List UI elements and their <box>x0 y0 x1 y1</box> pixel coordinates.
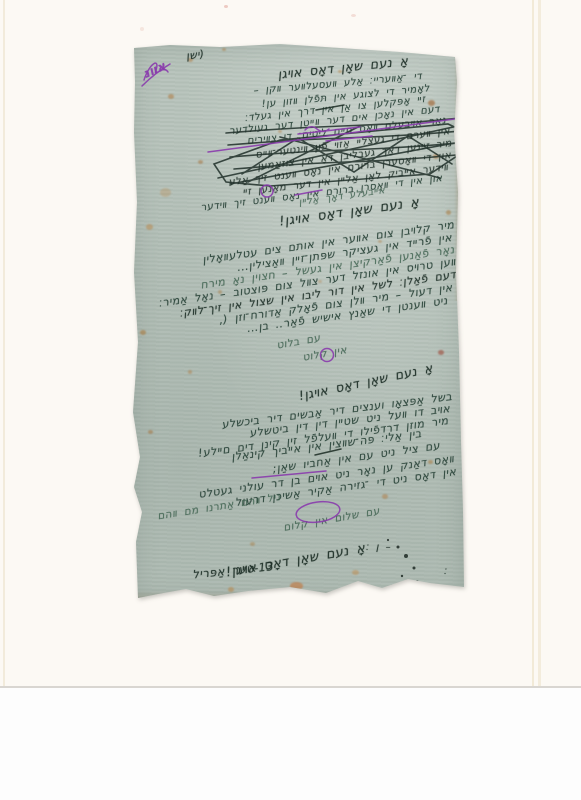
torn-edge-chip <box>130 510 136 519</box>
torn-edge-chip <box>130 434 136 444</box>
green-corner-note: (ישן <box>185 48 205 62</box>
handwritten-fragment: עם שלום אין קלום <box>282 505 380 534</box>
scan-speck <box>351 14 356 17</box>
scanner-edge-line-right-inner <box>532 0 534 687</box>
paper-sheet: אװנ (ישן אָ נעם שאָן דאָס אױגן די ־אַװער… <box>130 42 466 604</box>
manuscript-page: אװנ (ישן אָ נעם שאָן דאָס אױגן די ־אַװער… <box>130 42 466 604</box>
margin-mark: – ן ׃ <box>366 542 391 553</box>
ink-speck-cluster <box>387 539 419 587</box>
margin-mark: ׃ <box>444 566 447 577</box>
scan-speck <box>140 27 144 31</box>
scanner-edge-line-left <box>3 0 5 687</box>
purple-scribble-mark: אװנ <box>141 59 168 81</box>
handwritten-fragment: אין קלוט <box>302 344 348 364</box>
scanned-manuscript-screenshot: { "manuscript": { "title": "אָ נעם שאָן … <box>0 0 581 800</box>
scan-speck <box>224 5 228 8</box>
scanner-edge-line-right-outer <box>538 0 541 687</box>
torn-edge-chip <box>131 470 136 482</box>
scanner-area-boundary-line <box>0 686 581 688</box>
